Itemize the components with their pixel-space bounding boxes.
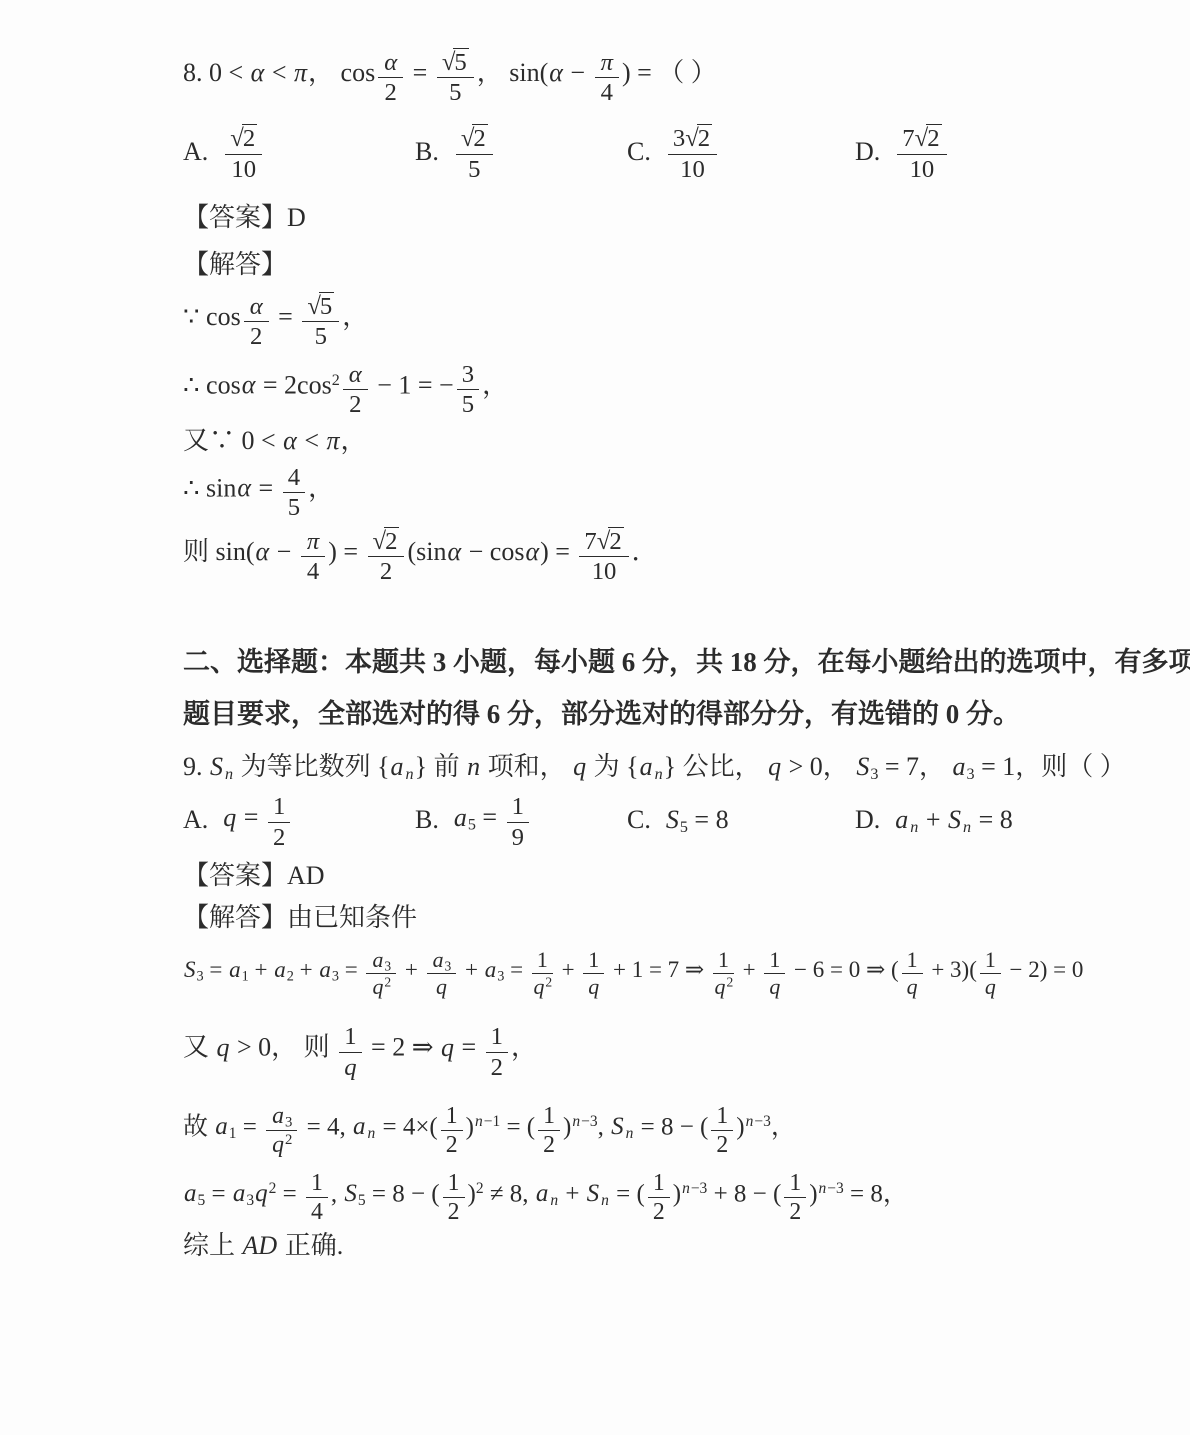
fraction-denominator: q — [980, 974, 1001, 999]
fraction: a3q2 — [366, 948, 396, 999]
fraction-numerator: π — [595, 49, 619, 78]
fraction-denominator: 2 — [368, 557, 405, 585]
fraction-numerator: 1 — [764, 948, 785, 974]
option-value: √210 — [222, 122, 265, 180]
fraction: √55 — [302, 292, 339, 350]
fraction-numerator: 1 — [538, 1103, 560, 1131]
fraction: 14 — [306, 1170, 328, 1225]
subscript: 3 — [246, 1192, 254, 1209]
subscript: 3 — [197, 969, 204, 985]
math-var: q — [271, 1132, 285, 1158]
math-var: q — [371, 975, 384, 999]
math-var: a — [271, 1103, 285, 1129]
q9-answer: 【答案】AD — [183, 859, 1130, 893]
math-var: q — [767, 752, 782, 781]
option-value: an + Sn = 8 — [894, 803, 1012, 837]
math-var: S — [947, 805, 962, 834]
fraction-denominator: q — [583, 974, 604, 999]
math-var: n — [962, 819, 972, 836]
superscript: n−3 — [571, 1113, 597, 1130]
fraction: √55 — [437, 48, 474, 106]
subscript: 3 — [497, 969, 504, 985]
fraction: 7√210 — [579, 527, 628, 585]
radicand: 5 — [453, 48, 468, 76]
fraction: 1q — [902, 948, 923, 999]
subscript: 3 — [384, 959, 391, 974]
radicand: 2 — [242, 124, 257, 152]
math-var: q — [435, 975, 448, 999]
subscript: 5 — [358, 1192, 366, 1209]
subscript: n — [405, 766, 415, 783]
fraction-denominator: 2 — [443, 1198, 465, 1225]
fraction-numerator: α — [343, 361, 368, 390]
math-var: q — [714, 975, 727, 999]
fraction-numerator: √2 — [368, 527, 405, 557]
subscript: 1 — [229, 1125, 237, 1142]
math-var: n — [909, 819, 919, 836]
option-label: D. — [855, 135, 880, 169]
subscript: n — [654, 766, 664, 783]
q8-sol-4: ∴ sinα = 45， — [183, 462, 1130, 519]
q8-options-A: A.√210 — [183, 122, 415, 180]
fraction: 1q2 — [713, 948, 734, 999]
sqrt: √2 — [461, 124, 488, 152]
fraction-denominator: q2 — [713, 974, 734, 999]
subscript: 3 — [445, 959, 452, 974]
math-var: π — [293, 58, 308, 87]
fraction: 7√210 — [897, 124, 946, 182]
radicand: 2 — [608, 527, 623, 555]
fraction: 1q — [339, 1023, 361, 1080]
q9-stem: 9. Sn 为等比数列 {an} 前 n 项和， q 为 {an} 公比， q … — [183, 750, 1130, 784]
math-var: a — [228, 957, 242, 982]
superscript: 2 — [384, 975, 391, 990]
fraction: 1q2 — [532, 948, 553, 999]
fraction: √25 — [456, 124, 493, 182]
fraction-denominator: 2 — [343, 390, 368, 418]
superscript: n−3 — [818, 1180, 844, 1197]
fraction-denominator: q2 — [366, 974, 396, 999]
fraction: π4 — [595, 49, 619, 106]
math-var: S — [665, 805, 680, 834]
q8-stem: 8. 0 < α < π， cosα2 = √55， sin(α − π4) =… — [183, 46, 1130, 104]
option-value: 3√210 — [665, 122, 720, 180]
fraction-numerator: α — [244, 293, 269, 322]
sqrt: √2 — [685, 124, 712, 152]
fraction: 35 — [457, 361, 479, 418]
fraction-numerator: α — [378, 49, 403, 78]
math-var: a — [453, 803, 468, 832]
option-value: √25 — [453, 122, 496, 180]
fraction-denominator: q — [427, 974, 457, 999]
fraction-denominator: q2 — [532, 974, 553, 999]
fraction: 12 — [648, 1170, 670, 1225]
math-var: n — [405, 766, 415, 783]
fraction-denominator: 4 — [595, 78, 619, 106]
subscript: 2 — [287, 969, 294, 985]
fraction: 1q — [764, 948, 785, 999]
fraction-denominator: 2 — [648, 1198, 670, 1225]
math-var: n — [549, 1192, 559, 1209]
option-value: 7√210 — [894, 122, 949, 180]
q9-options-B: B.a5 = 19 — [415, 791, 627, 848]
fraction: 19 — [507, 793, 529, 850]
q9-sol-4: a5 = a3q2 = 14, S5 = 8 − (12)2 ≠ 8, an +… — [183, 1168, 1130, 1223]
fraction: 3√210 — [668, 124, 717, 182]
fraction-denominator: 10 — [897, 155, 946, 183]
fraction-numerator: 1 — [784, 1170, 806, 1198]
document-page: 8. 0 < α < π， cosα2 = √55， sin(α − π4) =… — [0, 0, 1190, 1435]
fraction: α2 — [244, 293, 269, 350]
fraction-denominator: 2 — [378, 78, 403, 106]
fraction-numerator: 7√2 — [897, 124, 946, 154]
math-var: S — [209, 752, 224, 781]
fraction: 12 — [486, 1023, 508, 1080]
math-var: q — [587, 975, 600, 999]
fraction-denominator: 2 — [441, 1131, 463, 1158]
option-value: a5 = 19 — [453, 791, 532, 848]
fraction-denominator: 10 — [668, 155, 717, 183]
q9-conclusion: 综上 AD 正确. — [183, 1229, 1130, 1263]
fraction: α2 — [343, 361, 368, 418]
fraction: a3q2 — [266, 1103, 297, 1158]
subscript: 3 — [332, 969, 339, 985]
math-var: n — [366, 1125, 376, 1142]
math-var: S — [183, 957, 197, 982]
option-label: B. — [415, 803, 439, 837]
fraction: 12 — [441, 1103, 463, 1158]
fraction-denominator: q — [764, 974, 785, 999]
fraction-numerator: 1 — [902, 948, 923, 974]
math-var: a — [371, 948, 384, 972]
option-label: C. — [627, 803, 651, 837]
math-var: n — [625, 1125, 635, 1142]
math-var: q — [572, 752, 587, 781]
fraction-denominator: 2 — [784, 1198, 806, 1225]
q9-sol-2: 又 q > 0， 则 1q = 2 ⇒ q = 12， — [183, 1021, 1130, 1078]
radicand: 2 — [926, 124, 941, 152]
fraction-numerator: 1 — [441, 1103, 463, 1131]
math-var: n — [818, 1180, 828, 1197]
radicand: 2 — [472, 124, 487, 152]
subscript: 3 — [285, 1114, 292, 1130]
fraction-numerator: √5 — [302, 292, 339, 322]
math-var: π — [306, 528, 320, 555]
fraction-numerator: 1 — [339, 1023, 361, 1052]
math-var: q — [254, 1180, 269, 1207]
math-var: a — [232, 1180, 247, 1207]
option-value: q = 12 — [222, 791, 293, 848]
fraction-numerator: 1 — [711, 1103, 733, 1131]
fraction: a3q — [427, 948, 457, 999]
fraction: √210 — [225, 124, 262, 182]
fraction-numerator: 1 — [532, 948, 553, 974]
math-var: α — [348, 361, 363, 388]
sqrt: √5 — [307, 292, 334, 320]
q8-options-B: B.√25 — [415, 122, 627, 180]
q9-options-C: C.S5 = 8 — [627, 803, 855, 837]
math-var: q — [906, 975, 919, 999]
fraction: π4 — [301, 528, 325, 585]
subscript: 5 — [680, 819, 688, 836]
math-var: q — [768, 975, 781, 999]
q8-options-C: C.3√210 — [627, 122, 855, 180]
q8-sol-3: 又∵ 0 < α < π， — [183, 424, 1130, 458]
subscript: n — [224, 766, 234, 783]
option-label: D. — [855, 803, 880, 837]
subscript: n — [909, 819, 919, 836]
superscript: 2 — [476, 1180, 484, 1197]
fraction-numerator: a3 — [427, 948, 457, 974]
q9-options: A.q = 12B.a5 = 19C.S5 = 8D.an + Sn = 8 — [183, 791, 1130, 848]
superscript: 2 — [726, 975, 733, 990]
fraction-denominator: 5 — [302, 322, 339, 350]
fraction-numerator: √5 — [437, 48, 474, 78]
fraction-numerator: 1 — [648, 1170, 670, 1198]
q8-answer: 【答案】D — [183, 201, 1130, 235]
fraction-denominator: 10 — [225, 155, 262, 183]
q9-sol-3: 故 a1 = a3q2 = 4, an = 4×(12)n−1 = (12)n−… — [183, 1101, 1130, 1156]
math-var: a — [952, 752, 967, 781]
math-var: q — [222, 803, 237, 832]
math-var: a — [352, 1113, 367, 1140]
q8-options-D: D.7√210 — [855, 122, 950, 180]
superscript: n−3 — [681, 1180, 707, 1197]
fraction: α2 — [378, 49, 403, 106]
fraction-denominator: 4 — [301, 557, 325, 585]
fraction-denominator: 2 — [711, 1131, 733, 1158]
math-var: α — [548, 58, 564, 87]
math-var: a — [894, 805, 909, 834]
fraction-numerator: π — [301, 528, 325, 557]
fraction: 12 — [784, 1170, 806, 1225]
fraction-numerator: 1 — [268, 793, 290, 822]
superscript: n−3 — [745, 1113, 771, 1130]
fraction-denominator: 10 — [579, 557, 628, 585]
fraction-numerator: 1 — [980, 948, 1001, 974]
fraction: 12 — [711, 1103, 733, 1158]
fraction-denominator: 2 — [244, 322, 269, 350]
superscript: 2 — [332, 371, 340, 388]
superscript: 2 — [545, 975, 552, 990]
math-var: α — [446, 537, 462, 566]
fraction-denominator: 2 — [538, 1131, 560, 1158]
subscript: 3 — [870, 766, 878, 783]
q9-solution-label: 【解答】由已知条件 — [183, 901, 1130, 935]
fraction-numerator: 1 — [486, 1023, 508, 1052]
math-var: n — [474, 1113, 484, 1130]
math-var: α — [255, 537, 271, 566]
fraction: √22 — [368, 527, 405, 585]
math-var: a — [214, 1113, 229, 1140]
section2-header-1: 二、选择题：本题共 3 小题，每小题 6 分，共 18 分，在每小题给出的选项中… — [183, 645, 1130, 680]
math-var: a — [318, 957, 332, 982]
fraction-numerator: 1 — [443, 1170, 465, 1198]
sqrt: √2 — [915, 124, 942, 152]
fraction-denominator: 4 — [306, 1198, 328, 1225]
math-var: n — [654, 766, 664, 783]
option-label: A. — [183, 803, 208, 837]
fraction-denominator: 5 — [437, 78, 474, 106]
q8-sol-2: ∴ cosα = 2cos2α2 − 1 = −35， — [183, 359, 1130, 416]
superscript: n−1 — [474, 1113, 500, 1130]
fraction: 12 — [443, 1170, 465, 1225]
fraction-numerator: 3√2 — [668, 124, 717, 154]
math-var: q — [440, 1033, 455, 1062]
fraction-numerator: 1 — [507, 793, 529, 822]
fraction-denominator: 5 — [456, 155, 493, 183]
subscript: 1 — [242, 969, 249, 985]
fraction-denominator: 2 — [268, 823, 290, 851]
math-var: q — [984, 975, 997, 999]
math-var: π — [600, 49, 614, 76]
math-var: n — [466, 752, 481, 781]
fraction: 12 — [538, 1103, 560, 1158]
sqrt: √2 — [230, 124, 257, 152]
math-var: n — [224, 766, 234, 783]
fraction-numerator: 1 — [583, 948, 604, 974]
math-var: q — [343, 1054, 357, 1081]
option-label: C. — [627, 135, 651, 169]
math-var: S — [343, 1180, 358, 1207]
math-var: a — [432, 948, 445, 972]
math-var: α — [383, 49, 398, 76]
math-var: a — [390, 752, 405, 781]
fraction-denominator: 2 — [486, 1053, 508, 1081]
subscript: n — [549, 1192, 559, 1209]
fraction-numerator: √2 — [225, 124, 262, 154]
math-var: α — [250, 58, 266, 87]
fraction-denominator: q — [902, 974, 923, 999]
fraction-numerator: 4 — [283, 464, 305, 493]
fraction: 1q — [583, 948, 604, 999]
subscript: 5 — [468, 817, 476, 834]
q8-sol-5: 则 sin(α − π4) = √22(sinα − cosα) = 7√210… — [183, 525, 1130, 583]
math-var: n — [745, 1113, 755, 1130]
sqrt: √2 — [597, 527, 624, 555]
math-var: a — [484, 957, 498, 982]
math-var: α — [236, 473, 252, 502]
subscript: n — [600, 1192, 610, 1209]
math-var: a — [535, 1180, 550, 1207]
math-var: n — [600, 1192, 610, 1209]
fraction-denominator: 9 — [507, 823, 529, 851]
option-label: B. — [415, 135, 439, 169]
math-var: α — [241, 370, 257, 399]
math-var: a — [273, 957, 287, 982]
superscript: 2 — [269, 1180, 277, 1197]
math-var: S — [586, 1180, 601, 1207]
math-var: α — [249, 293, 264, 320]
fraction-numerator: 1 — [713, 948, 734, 974]
radicand: 2 — [697, 124, 712, 152]
math-var: AD — [242, 1231, 279, 1260]
q8-options: A.√210B.√25C.3√210D.7√210 — [183, 122, 1130, 180]
math-var: α — [524, 537, 540, 566]
fraction-denominator: 5 — [457, 390, 479, 418]
fraction-numerator: 3 — [457, 361, 479, 390]
fraction-numerator: 1 — [306, 1170, 328, 1198]
radicand: 5 — [319, 292, 334, 320]
fraction-denominator: 5 — [283, 493, 305, 521]
fraction-denominator: q — [339, 1053, 361, 1081]
option-value: S5 = 8 — [665, 803, 729, 837]
math-var: S — [610, 1113, 625, 1140]
q8-solution-label: 【解答】 — [183, 248, 1130, 282]
fraction-numerator: √2 — [456, 124, 493, 154]
section2-header-2: 题目要求，全部选对的得 6 分，部分选对的得部分分，有选错的 0 分。 — [183, 697, 1130, 732]
math-var: n — [681, 1180, 691, 1197]
subscript: 3 — [967, 766, 975, 783]
fraction: 45 — [283, 464, 305, 521]
math-var: q — [216, 1033, 231, 1062]
fraction-numerator: a3 — [366, 948, 396, 974]
sqrt: √5 — [442, 48, 469, 76]
sqrt: √2 — [373, 527, 400, 555]
math-var: S — [855, 752, 870, 781]
superscript: 2 — [285, 1132, 292, 1148]
subscript: n — [962, 819, 972, 836]
q8-sol-1: ∵ cosα2 = √55， — [183, 290, 1130, 348]
math-var: α — [282, 426, 298, 455]
fraction: 12 — [268, 793, 290, 850]
fraction-denominator: q2 — [266, 1131, 297, 1158]
q9-options-D: D.an + Sn = 8 — [855, 803, 1013, 837]
q9-options-A: A.q = 12 — [183, 791, 415, 848]
math-var: a — [183, 1180, 198, 1207]
fraction-numerator: 7√2 — [579, 527, 628, 557]
math-var: q — [533, 975, 546, 999]
math-var: a — [639, 752, 654, 781]
subscript: n — [625, 1125, 635, 1142]
math-var: n — [571, 1113, 581, 1130]
subscript: 5 — [198, 1192, 206, 1209]
option-label: A. — [183, 135, 208, 169]
math-var: π — [326, 426, 341, 455]
radicand: 2 — [384, 527, 399, 555]
subscript: n — [366, 1125, 376, 1142]
fraction-numerator: a3 — [266, 1103, 297, 1131]
q9-sol-1: S3 = a1 + a2 + a3 = a3q2 + a3q + a3 = 1q… — [183, 946, 1130, 997]
fraction: 1q — [980, 948, 1001, 999]
